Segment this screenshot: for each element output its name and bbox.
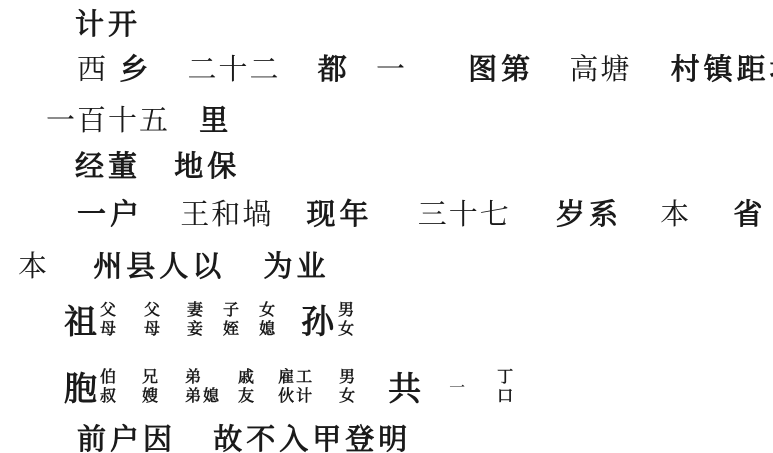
- relative-pair-bottom: 母: [144, 319, 162, 338]
- family-row-primary: 祖 父 母 父 母 妻 妾 子 姪 女 媳 孙 男 女: [64, 297, 356, 341]
- prior-household-line: 前户因 故不入甲登明: [77, 423, 411, 453]
- du-label: 都: [318, 52, 351, 86]
- total-label: 共: [388, 363, 421, 410]
- prior-household-cause-label: 前户因: [77, 422, 176, 453]
- distance-line: 一百十五 里: [46, 104, 232, 136]
- relative-pair-top: 子: [223, 300, 241, 319]
- county-label: 州县人以: [93, 249, 225, 283]
- native-place-line: 本 州县人以 为业: [18, 250, 329, 282]
- relative-pair-bottom: 嫂: [142, 386, 160, 405]
- relative-pair-top: 男: [339, 367, 357, 386]
- relative-pair-bottom: 叔: [100, 386, 118, 405]
- relative-pair-top: 伯: [100, 367, 118, 386]
- relative-pair-top: 雇工: [278, 367, 314, 386]
- relative-pair-top: 男: [338, 300, 356, 319]
- relative-pair-uncles: 伯 叔: [100, 367, 118, 405]
- relative-pair-bottom: 伙计: [278, 386, 314, 405]
- village-label: 村镇距城: [671, 52, 773, 86]
- prior-household-note-label: 故不入甲登明: [213, 422, 411, 453]
- du-value: 二十二: [187, 52, 280, 86]
- relative-pair-bottom: 母: [100, 319, 118, 338]
- relative-pair-bottom: 友: [238, 386, 256, 405]
- relative-pair-younger-brother: 弟 弟媳: [185, 367, 221, 405]
- tu-label: 图第: [468, 52, 534, 86]
- distance-value: 一百十五: [46, 103, 170, 137]
- relative-pair-sons-nephews: 子 姪: [223, 300, 241, 338]
- householder-name: 王和堝: [180, 197, 273, 231]
- age-value: 三十七: [418, 197, 511, 231]
- age-label: 现年: [306, 197, 372, 231]
- relative-pair-top: 妻: [187, 300, 205, 319]
- province-label: 省: [733, 197, 766, 231]
- tu-value: 一: [376, 52, 407, 86]
- constable-label: 地保: [174, 149, 240, 183]
- relative-pair-elder-brother: 兄 嫂: [142, 367, 160, 405]
- unit-pair-bottom: 口: [497, 386, 515, 405]
- relative-pair-top: 父: [144, 300, 162, 319]
- county-value: 本: [18, 249, 49, 283]
- age-suffix-label: 岁系: [556, 197, 622, 231]
- relative-pair-bottom: 女: [338, 319, 356, 338]
- relative-pair-top: 女: [259, 300, 277, 319]
- relative-pair-wife-concubine: 妻 妾: [187, 300, 205, 338]
- relative-pair-bottom: 姪: [223, 319, 241, 338]
- township-value: 西: [77, 52, 108, 86]
- relative-pair-top: 兄: [142, 367, 160, 386]
- total-count-value: 一: [449, 375, 467, 398]
- relative-pair-parents: 父 母: [144, 300, 162, 338]
- relative-pair-bottom: 弟媳: [185, 386, 221, 405]
- household-label: 一户: [77, 197, 143, 231]
- relative-pair-top: 戚: [238, 367, 256, 386]
- header-label: 计开: [75, 7, 141, 41]
- manager-label: 经董: [75, 149, 141, 183]
- sibling-lead-label: 胞: [64, 363, 97, 410]
- grandchild-lead-label: 孙: [301, 296, 334, 343]
- relative-pair-male-female: 男 女: [339, 367, 357, 405]
- relative-pair-bottom: 妾: [187, 319, 205, 338]
- placard-document: 计开 西 乡 二十二 都 一 图第 高塘 村镇距城 一百十五 里 经董 地保 一…: [0, 0, 773, 453]
- occupation-label: 为业: [263, 249, 329, 283]
- relative-pair-daughters-daughters-in-law: 女 媳: [259, 300, 277, 338]
- relative-pair-hired-hands: 雇工 伙计: [278, 367, 314, 405]
- distance-unit-label: 里: [199, 103, 232, 137]
- relative-pair-grandchildren: 男 女: [338, 300, 356, 338]
- header-line: 计开: [75, 8, 141, 40]
- village-value: 高塘: [569, 52, 631, 86]
- relative-pair-bottom: 女: [339, 386, 357, 405]
- relative-pair-grandparents: 父 母: [100, 300, 118, 338]
- officials-line: 经董 地保: [75, 150, 240, 182]
- unit-pair-ding-kou: 丁 口: [497, 367, 515, 405]
- relative-pair-kin-friends: 戚 友: [238, 367, 256, 405]
- family-row-extended: 胞 伯 叔 兄 嫂 弟 弟媳 戚 友 雇工 伙计 男 女 共 一 丁 口: [64, 364, 515, 408]
- relative-pair-top: 父: [100, 300, 118, 319]
- relative-pair-bottom: 媳: [259, 319, 277, 338]
- grandparent-lead-label: 祖: [64, 296, 97, 343]
- unit-pair-top: 丁: [497, 367, 515, 386]
- province-value: 本: [660, 197, 691, 231]
- householder-line: 一户 王和堝 现年 三十七 岁系 本 省: [77, 198, 766, 230]
- relative-pair-top: 弟: [185, 367, 221, 386]
- township-label: 乡: [119, 52, 152, 86]
- address-line: 西 乡 二十二 都 一 图第 高塘 村镇距城: [77, 53, 773, 85]
